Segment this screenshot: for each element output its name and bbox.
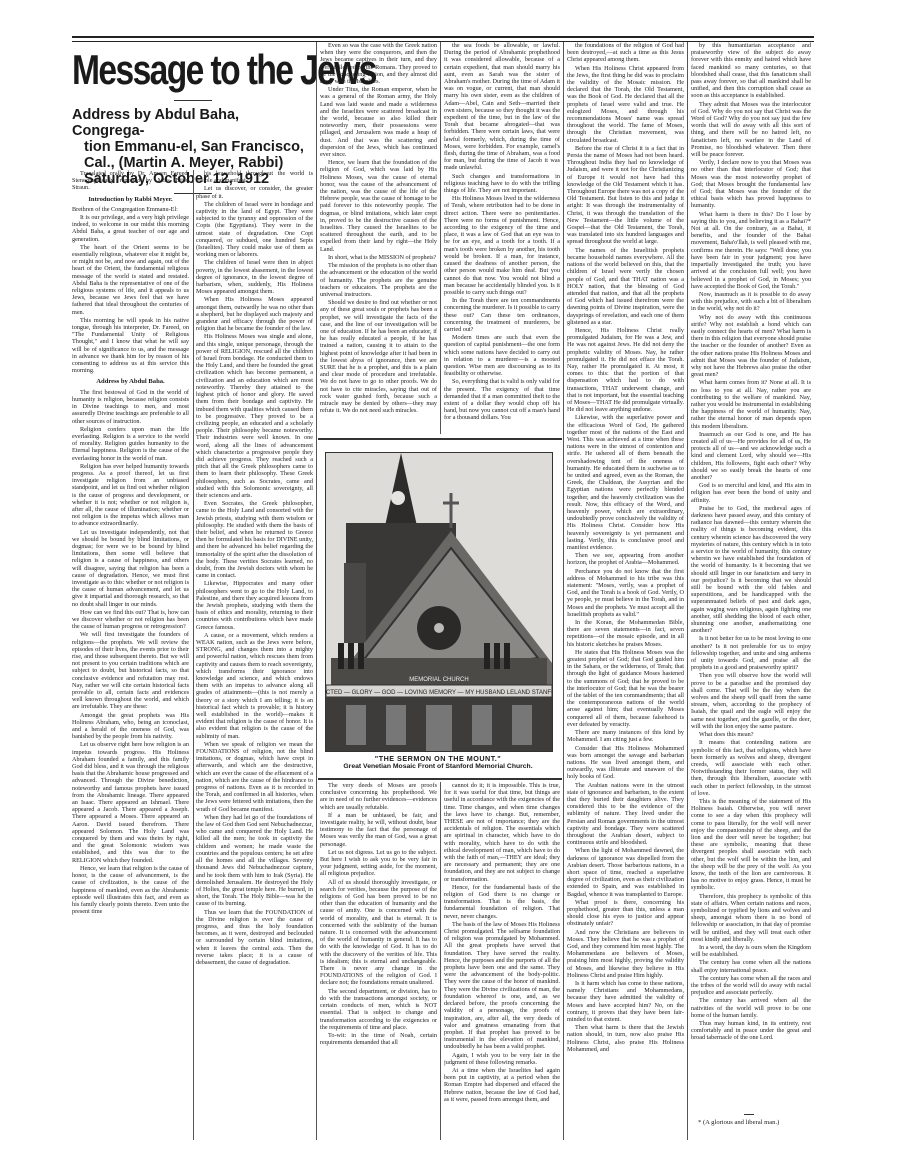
paragraph: Amongst the great prophets was His Holin… xyxy=(72,712,189,741)
paragraph: It is our privilege, and a very high pri… xyxy=(72,214,189,243)
column-3-bottom: The very deeds of Moses are proofs concl… xyxy=(320,782,437,1140)
column-rule xyxy=(440,42,441,434)
paragraph: The first bestowal of God in the world o… xyxy=(72,389,189,425)
paragraph: When they had let go of the foundations … xyxy=(196,814,313,908)
paragraph: Let us observe right here how religion i… xyxy=(72,741,189,863)
column-6: by this humanitarian acceptance and prai… xyxy=(691,42,811,1108)
paragraph: When we speak of religion we mean the FO… xyxy=(196,741,313,813)
paragraph: Consider that His Holiness Mohammed was … xyxy=(567,745,684,781)
footnote: * (A glorious and liberal man.) xyxy=(698,1119,779,1126)
paragraph: Inasmuch as our God is one, and He has c… xyxy=(691,431,811,481)
paragraph: The second department, or division, has … xyxy=(320,988,437,1031)
paragraph: Even so was the case with the Greek nati… xyxy=(320,42,437,85)
photo-top-rule xyxy=(318,438,562,440)
paragraph: What proof is there, concerning his prop… xyxy=(567,899,684,928)
paragraph: It means that contending nations are sym… xyxy=(691,739,811,797)
paragraph: And now the Christians are believers in … xyxy=(567,929,684,979)
paragraph: The children of Israel were then in abje… xyxy=(196,259,313,295)
photo-bottom-rule xyxy=(318,778,562,780)
church-mosaic-image: ERECTED — GLORY — GOD — LOVING MEMORY — … xyxy=(326,453,552,751)
paragraph: They admit that Moses was the interlocut… xyxy=(691,101,811,159)
paragraph: Religion confers upon man the life everl… xyxy=(72,426,189,462)
paragraph: Therefore, this prophecy is symbolic of … xyxy=(691,893,811,943)
svg-text:ERECTED — GLORY — GOD — LOVING: ERECTED — GLORY — GOD — LOVING MEMORY — … xyxy=(326,690,552,696)
paragraph: In short, what is the MISSION of prophet… xyxy=(320,254,437,261)
paragraph: This is the meaning of the statement of … xyxy=(691,798,811,892)
caption-title: "THE SERMON ON THE MOUNT." xyxy=(313,754,563,763)
section-heading: Introduction by Rabbi Meyer. xyxy=(72,196,189,203)
column-rule xyxy=(193,170,194,1140)
paragraph: He states that His Holiness Moses was th… xyxy=(567,649,684,728)
caption-subtitle: Great Venetian Mosaic Front of Stanford … xyxy=(313,763,563,770)
column-4-bottom: cannot do it; it is impossible. This is … xyxy=(444,782,560,1140)
paragraph: God is so merciful and kind, and His aim… xyxy=(691,482,811,504)
paragraph: His Holiness Moses lived in the wilderne… xyxy=(444,195,560,296)
paragraph: cannot do it; it is impossible. This is … xyxy=(444,782,560,883)
column-rule xyxy=(563,42,564,1140)
paragraph: To-wit: in the time of Noah, certain req… xyxy=(320,1032,437,1046)
paragraph: The Arabian nations were in the utmost s… xyxy=(567,782,684,847)
paragraph: If a man be unbiased, be fair, and inves… xyxy=(320,812,437,848)
paragraph: Then you will observe how the world will… xyxy=(691,672,811,730)
paragraph: Religion has ever helped humanity toward… xyxy=(72,463,189,528)
paragraph: In a word, the day is ours when the King… xyxy=(691,944,811,958)
paragraph: The century has come when all the nation… xyxy=(691,959,811,973)
paragraph: Is it harm which has come to these natio… xyxy=(567,980,684,1023)
paragraph: Modern times are such that even the ques… xyxy=(444,334,560,377)
paragraph: Hence, for the fundamental basis of the … xyxy=(444,884,560,920)
paragraph: Likewise, with the superlative power and… xyxy=(567,414,684,551)
footnote-rule xyxy=(744,1114,754,1115)
paragraph: The names of the Israelitish prophets be… xyxy=(567,247,684,326)
paragraph: The century has come when all the races … xyxy=(691,975,811,997)
paragraph: Hence, we learn that the foundation of t… xyxy=(320,159,437,253)
paragraph: Even Socrates, the Greek philosopher, ca… xyxy=(196,500,313,579)
divider xyxy=(174,100,212,101)
paragraph: Let us not digress. Let us go to the sub… xyxy=(320,849,437,878)
paragraph: Before the rise of Christ it is a fact t… xyxy=(567,145,684,246)
paragraph: In the Torah there are ten commandments … xyxy=(444,297,560,333)
paragraph: Hence, His Holiness Christ really promul… xyxy=(567,327,684,413)
paragraph: Likewise, Hippocrates and many other phi… xyxy=(196,580,313,630)
paragraph: Then we see, appearing from another hori… xyxy=(567,552,684,566)
credit-line: Translated orally by Dr. Ameen Fareed. S… xyxy=(72,170,189,192)
paragraph: the sea foods be allowable, or lawful. D… xyxy=(444,42,560,172)
column-rule xyxy=(687,42,688,1140)
paragraph: Thus may human kind, in its entirety, re… xyxy=(691,1020,811,1042)
church-photo: ERECTED — GLORY — GOD — LOVING MEMORY — … xyxy=(325,452,553,752)
paragraph: his household throughout the world is vi… xyxy=(196,170,313,184)
subtitle-line: tion Emmanu-el, San Francisco, xyxy=(72,139,314,155)
paragraph: This morning he will speak in his native… xyxy=(72,317,189,375)
paragraph: Again, I wish you to be very fair in the… xyxy=(444,1052,560,1066)
paragraph: Such changes and transformations in reli… xyxy=(444,173,560,195)
paragraph: At a time when the Israelites had again … xyxy=(444,1067,560,1103)
paragraph: What harm comes from it? None at all. It… xyxy=(691,379,811,429)
column-rule xyxy=(316,42,317,1140)
paragraph: When the light of Mohammed dawned, the d… xyxy=(567,847,684,897)
newspaper-page: Message to the Jews Address by Abdul Bah… xyxy=(72,36,814,1141)
paragraph: Is it not better for us to be most lovin… xyxy=(691,635,811,671)
photo-caption: "THE SERMON ON THE MOUNT." Great Venetia… xyxy=(313,754,563,770)
column-4-top: the sea foods be allowable, or lawful. D… xyxy=(444,42,560,434)
paragraph: What harm is there in this? Do I lose by… xyxy=(691,211,811,290)
paragraph: Let us discover, or consider, the greate… xyxy=(196,185,313,199)
paragraph: Hence, we learn that religion is the cau… xyxy=(72,865,189,915)
paragraph: There are many instances of this kind by… xyxy=(567,729,684,743)
paragraph: The children of Israel were in bondage a… xyxy=(196,201,313,259)
paragraph: The very deeds of Moses are proofs concl… xyxy=(320,782,437,811)
svg-text:MEMORIAL CHURCH: MEMORIAL CHURCH xyxy=(409,677,468,683)
subtitle-line: Cal., (Martin A. Meyer, Rabbi) xyxy=(72,155,314,171)
paragraph: Let us investigate independently, not th… xyxy=(72,529,189,608)
paragraph: Verily, I declare now to you that Moses … xyxy=(691,159,811,209)
paragraph: All of us should thoroughly investigate,… xyxy=(320,879,437,987)
paragraph: Perchance you do not know that the first… xyxy=(567,568,684,618)
paragraph: When His Holiness Christ appeared from t… xyxy=(567,65,684,144)
paragraph: What does this mean? xyxy=(691,731,811,738)
paragraph: A cause, or a movement, which renders a … xyxy=(196,632,313,740)
paragraph: His Holiness Moses was single and alone,… xyxy=(196,333,313,499)
paragraph: The mission of the prophets is no other … xyxy=(320,262,437,298)
paragraph: Now, inasmuch as it is possible to do aw… xyxy=(691,291,811,313)
paragraph: Then what harm is there that the Jewish … xyxy=(567,1024,684,1053)
subtitle-line: Address by Abdul Baha, Congrega- xyxy=(72,107,314,139)
paragraph: the foundations of the religion of God h… xyxy=(567,42,684,64)
paragraph: How can we find this out? That is, how c… xyxy=(72,609,189,631)
column-2: his household throughout the world is vi… xyxy=(196,170,313,1140)
paragraph: When His Holiness Moses appeared amongst… xyxy=(196,296,313,332)
section-heading: Address by Abdul Baha. xyxy=(72,378,189,385)
paragraph: Thus we learn that the FOUNDATION of the… xyxy=(196,909,313,967)
column-1: Translated orally by Dr. Ameen Fareed. S… xyxy=(72,170,189,1140)
paragraph: Under Titus, the Roman emperor, when he … xyxy=(320,86,437,158)
salutation: Brethren of the Congregation Emmanu-El: xyxy=(72,206,189,213)
paragraph: So, everything that is valid is only val… xyxy=(444,378,560,421)
column-5: the foundations of the religion of God h… xyxy=(567,42,684,1140)
paragraph: Why not do away with this continuous str… xyxy=(691,314,811,379)
paragraph: We will first investigate the founders o… xyxy=(72,631,189,710)
paragraph: by this humanitarian acceptance and prai… xyxy=(691,42,811,100)
paragraph: The heart of the Orient seems to be esse… xyxy=(72,244,189,316)
column-rule xyxy=(440,782,441,1140)
paragraph: Should we desire to find out whether or … xyxy=(320,299,437,414)
paragraph: Praise be to God, the medieval ages of d… xyxy=(691,505,811,635)
article-title: Message to the Jews xyxy=(72,46,312,94)
paragraph: The century has arrived when all the nat… xyxy=(691,997,811,1019)
paragraph: The basis of the law of Moses His Holine… xyxy=(444,921,560,1051)
column-3-top: Even so was the case with the Greek nati… xyxy=(320,42,437,434)
paragraph: In the Koran, the Mohammedan Bible, ther… xyxy=(567,619,684,648)
